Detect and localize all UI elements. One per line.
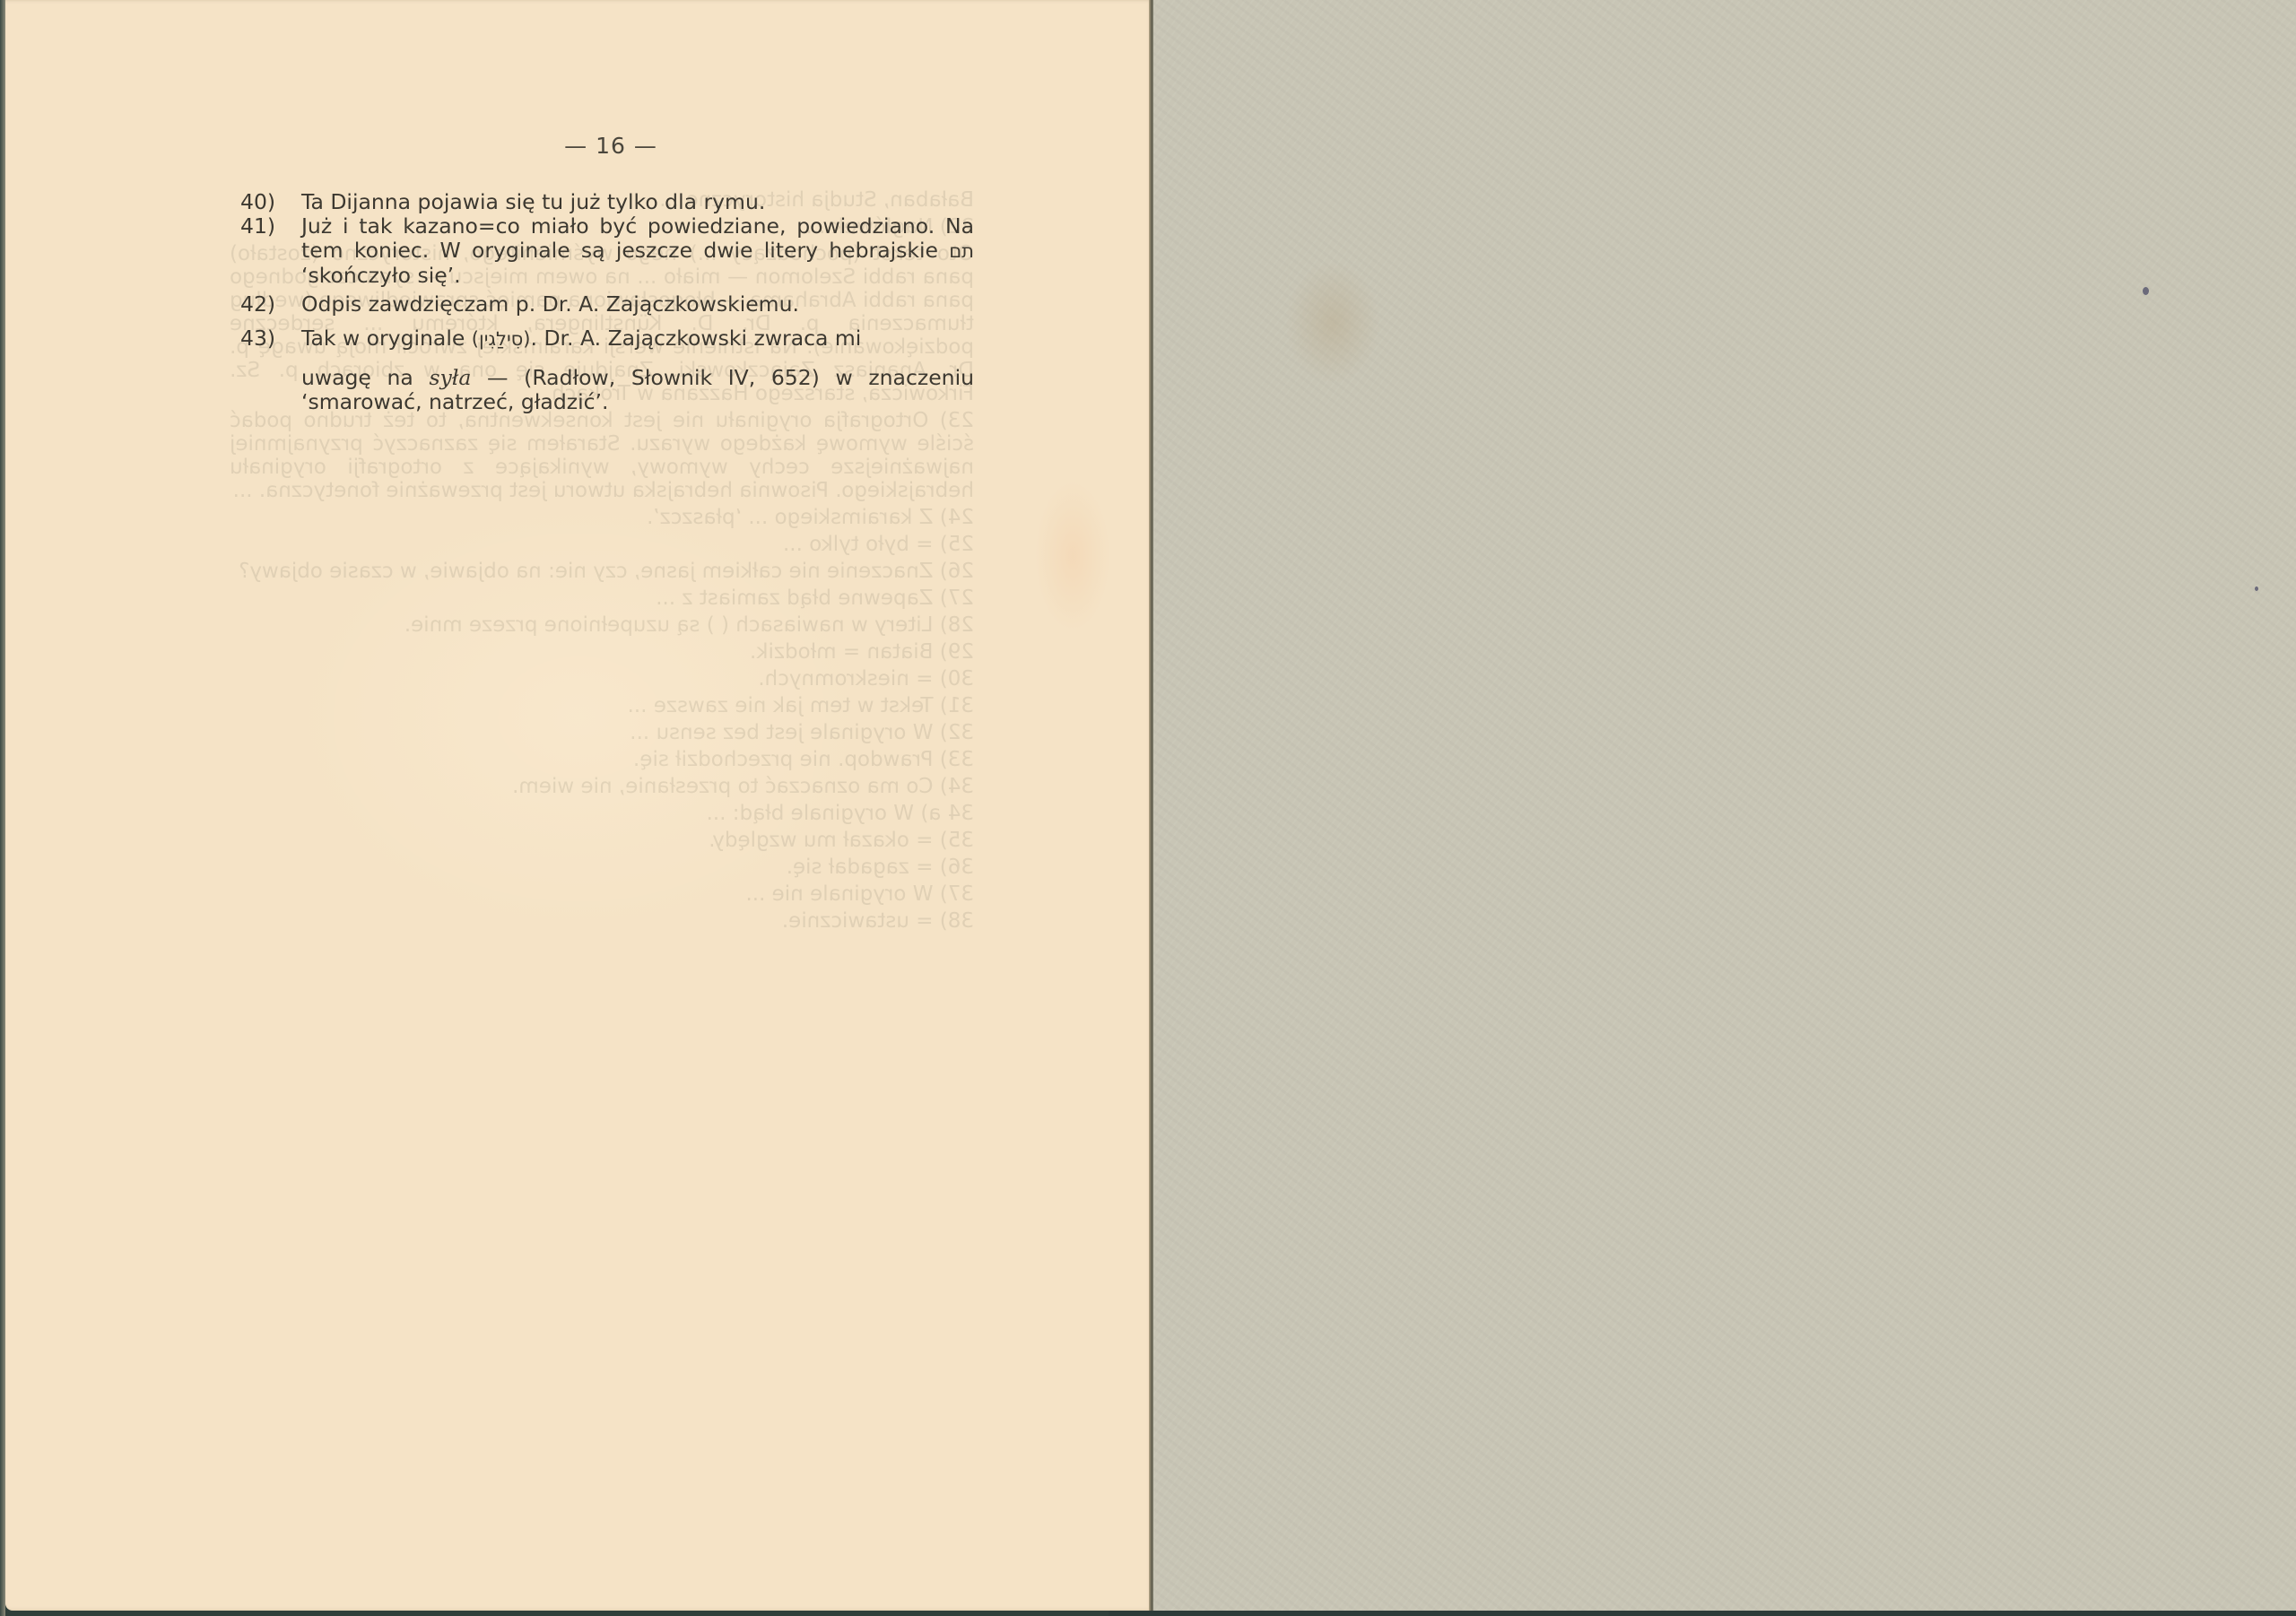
- bleed-line: 23) Ortografja oryginału nie jest konsek…: [230, 409, 974, 502]
- footnote-text-part: . Dr. A. Zajączkowski zwraca mi: [531, 326, 862, 351]
- left-page: Bałaban, Studja historyczne ... 22) Nagł…: [5, 0, 1153, 1611]
- bleed-line: 35) = okazał mu względy.: [230, 829, 974, 852]
- footnote-43: 43) Tak w oryginale (סִילַגִין). Dr. A. …: [240, 326, 974, 414]
- footnote-42: 42) Odpis zawdzięczam p. Dr. A. Zajączko…: [240, 292, 974, 317]
- footnote-text-part: Już i tak kazano=co miało być powiedzian…: [301, 213, 974, 263]
- footnote-text: Ta Dijanna pojawia się tu już tylko dla …: [301, 190, 974, 214]
- footnote-41: 41) Już i tak kazano=co miało być powied…: [240, 214, 974, 288]
- footnote-text: Odpis zawdzięczam p. Dr. A. Zajączkowski…: [301, 292, 974, 317]
- footnotes: 40) Ta Dijanna pojawia się tu już tylko …: [240, 190, 974, 414]
- bleed-line: 26) Znaczenie nie całkiem jasne, czy nie…: [230, 560, 974, 583]
- hebrew-text: תם: [949, 240, 974, 262]
- footnote-number: 43): [240, 326, 301, 414]
- footnote-text: Tak w oryginale (סִילַגִין). Dr. A. Zają…: [301, 326, 974, 414]
- bleed-line: 38) = ustawicznie.: [230, 909, 974, 933]
- bleed-line: 34) Co ma oznaczać to przesłanie, nie wi…: [230, 775, 974, 798]
- bleed-line: 31) Tekst w tem jak nie zawsze ...: [230, 694, 974, 717]
- page-number: — 16 —: [552, 133, 669, 159]
- bottom-edge: [1109, 1611, 2296, 1616]
- footnote-number: 42): [240, 292, 301, 317]
- footnote-line-2: uwagę na syła — (Radłow, Słownik IV, 652…: [301, 366, 974, 414]
- bleed-line: 34 a) W oryginale błąd: ...: [230, 802, 974, 825]
- footnote-number: 40): [240, 190, 301, 214]
- paper-speck: [2255, 586, 2258, 591]
- italic-word: syła: [429, 365, 471, 390]
- bleed-line: 37) W oryginale nie ...: [230, 882, 974, 906]
- footnote-text-part: uwagę na: [301, 365, 429, 390]
- bleed-line: 32) W oryginale jest bez sensu ...: [230, 721, 974, 744]
- hebrew-text: (סִילַגִין): [472, 328, 531, 350]
- bleed-line: 29) Biatan = młodzik.: [230, 640, 974, 664]
- bleed-line: 24) Z karaimskiego ... ‘płaszcz’.: [230, 506, 974, 529]
- paper-speck: [2143, 287, 2149, 295]
- footnote-text-part: Tak w oryginale: [301, 326, 472, 351]
- bleed-line: 33) Prawdop. nie przechodził się.: [230, 748, 974, 771]
- right-page-blank: [1153, 0, 2296, 1612]
- bleed-line: 28) Litery w nawiasach ( ) są uzupełnion…: [230, 613, 974, 637]
- footnote-text-part: ‘skończyło się’.: [301, 263, 461, 288]
- bleed-line: 30) = nieskromnych.: [230, 667, 974, 691]
- footnote-40: 40) Ta Dijanna pojawia się tu już tylko …: [240, 190, 974, 214]
- bleed-line: 27) Zapewne błąd zamiast z ...: [230, 586, 974, 610]
- footnote-text: Już i tak kazano=co miało być powiedzian…: [301, 214, 974, 288]
- footnote-number: 41): [240, 214, 301, 288]
- bleed-line: 25) = było tylko ...: [230, 533, 974, 556]
- bleed-line: 36) = zagadał się.: [230, 856, 974, 879]
